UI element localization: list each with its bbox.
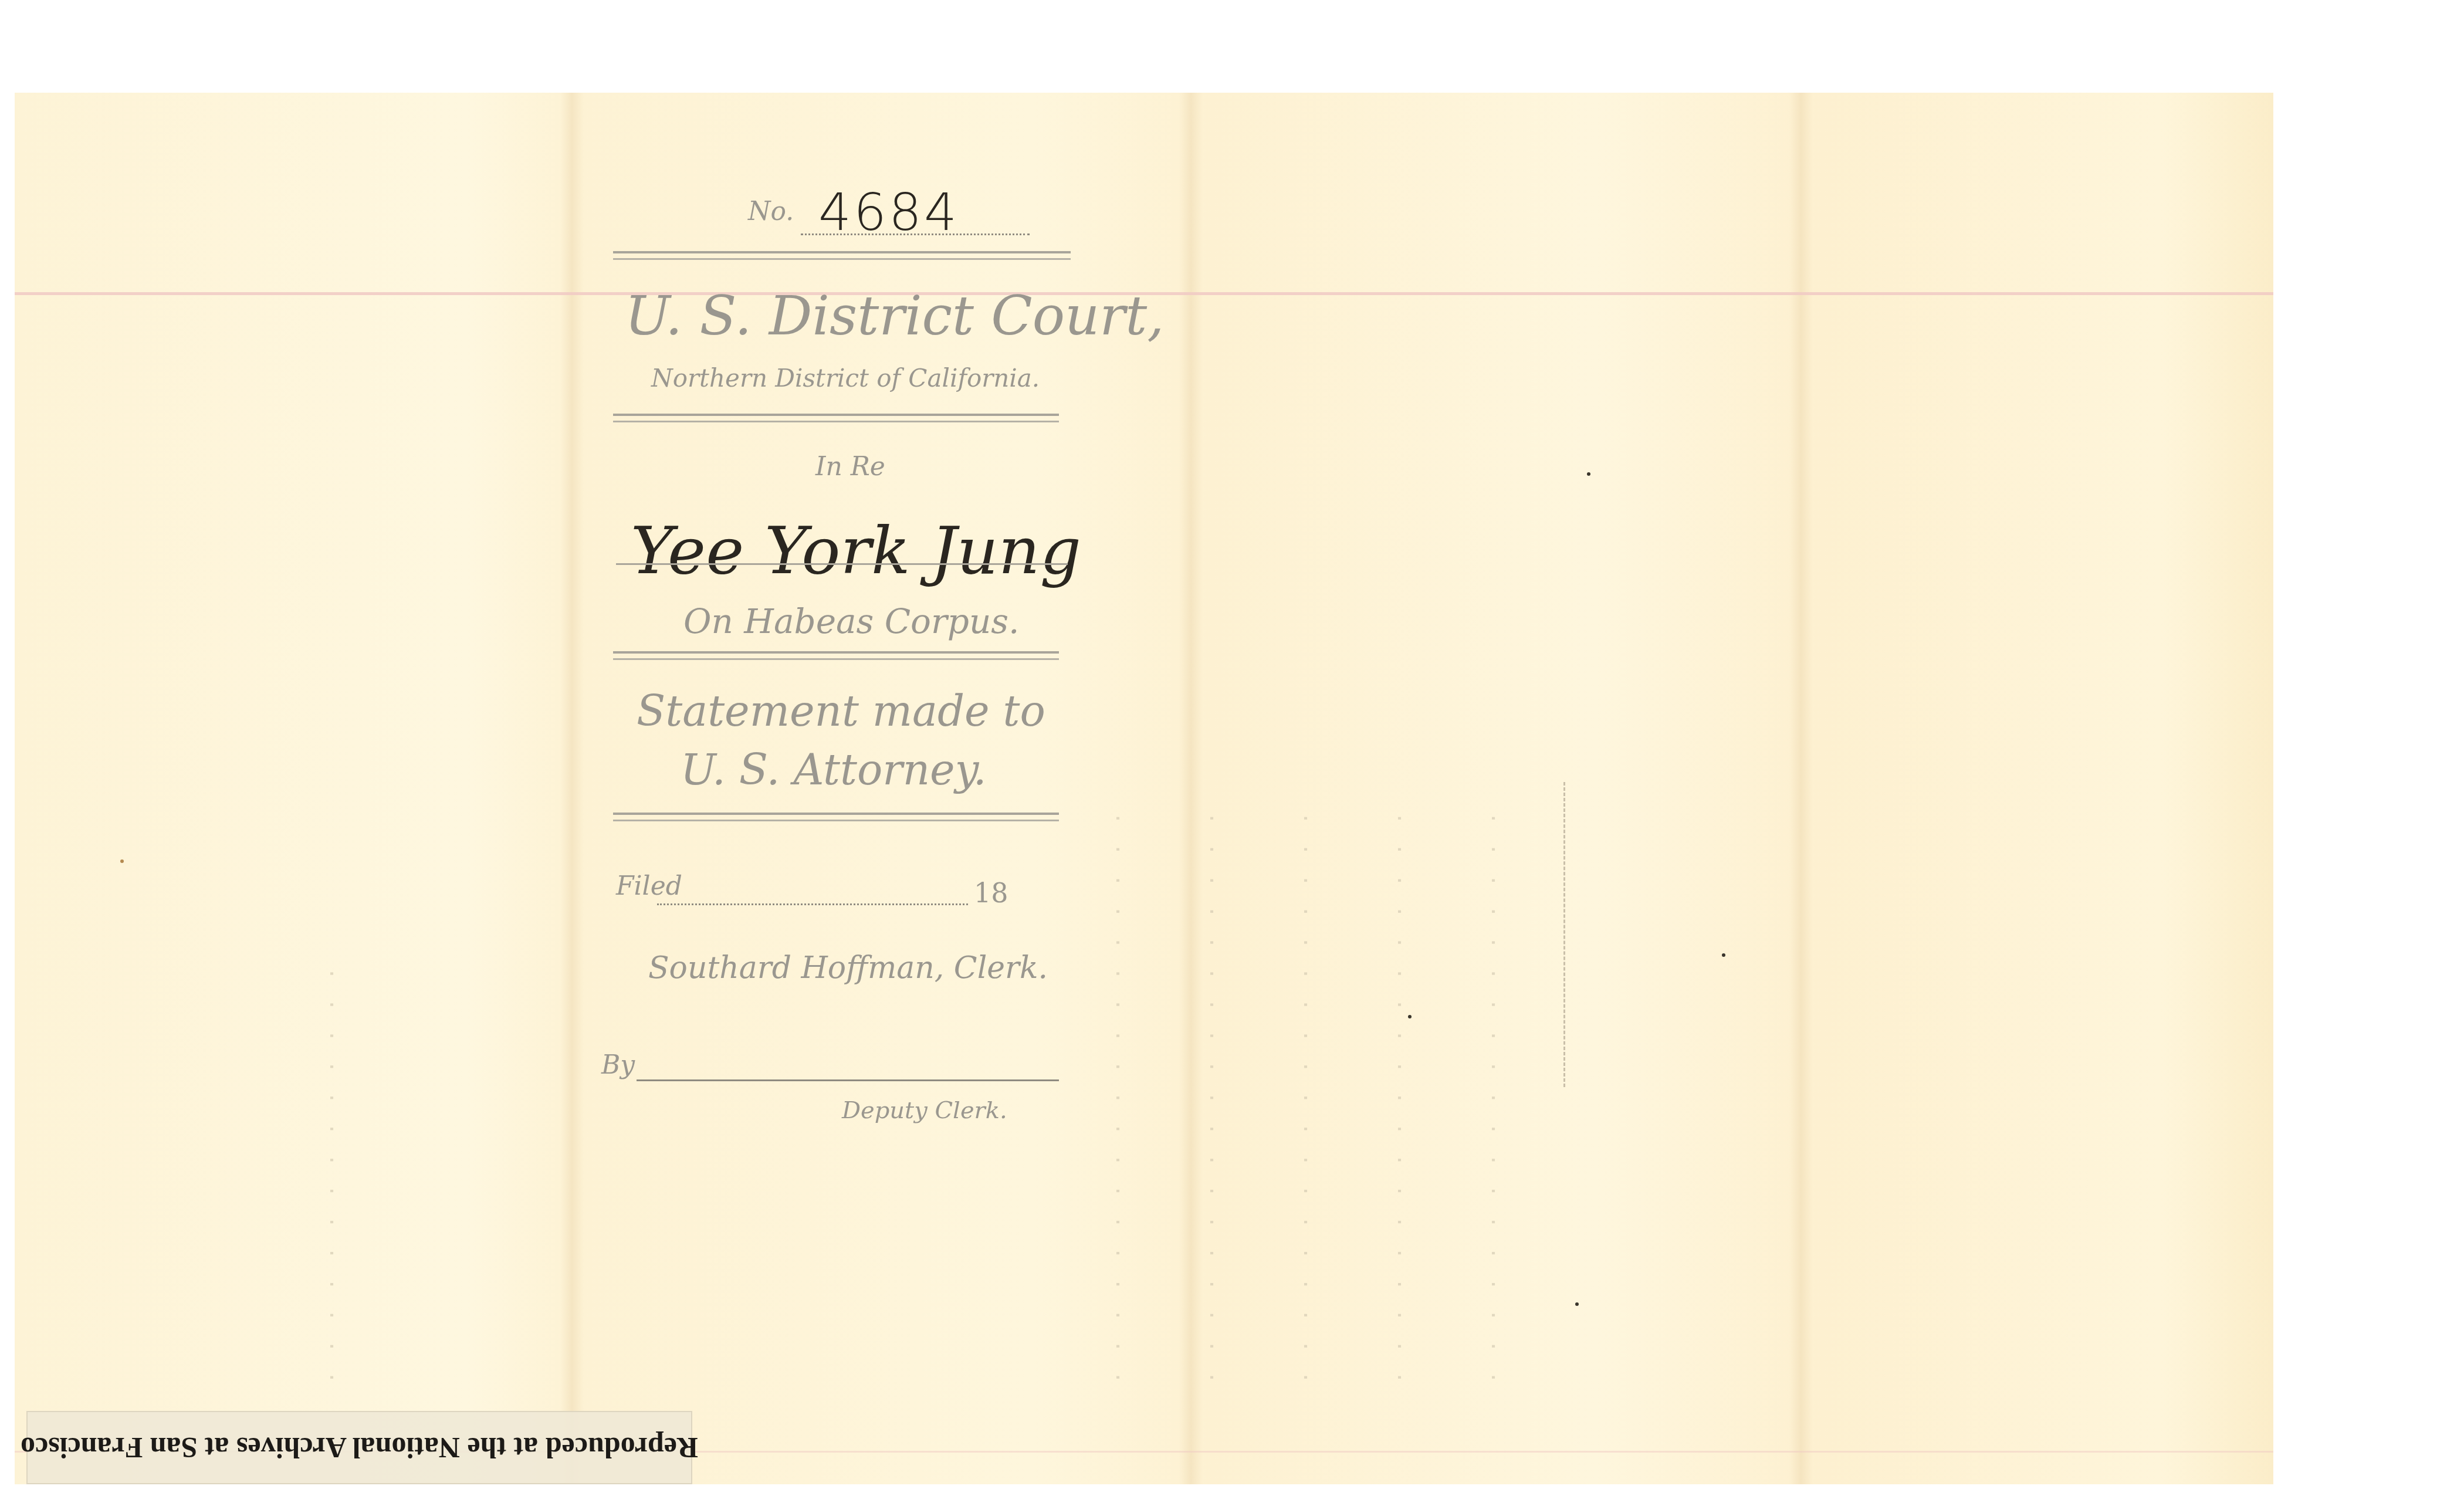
deputy-clerk-label: Deputy Clerk. — [842, 1097, 1007, 1124]
case-number: 4684 — [818, 182, 959, 242]
clerk-name: Southard Hoffman, Clerk. — [648, 950, 1048, 986]
document-title-line1: Statement made to — [637, 686, 1045, 736]
fold-line — [1789, 93, 1813, 1484]
bleed-through-texture: · · · · · · · · · · · · · · · · · · · — [1294, 503, 1317, 1383]
proceeding-type: On Habeas Corpus. — [683, 601, 1019, 641]
filed-date-line[interactable] — [657, 903, 968, 905]
divider-rule — [613, 813, 1059, 815]
bleed-through-texture: · · · · · · · · · · · · · · — [320, 855, 343, 1383]
in-re-label: In Re — [815, 452, 885, 482]
bleed-through-texture: · · · · · · · · · · · · · · · · · · · — [1106, 503, 1129, 1383]
bleed-through-texture: · · · · · · · · · · · · · · · · · · · — [1200, 503, 1223, 1383]
fold-line — [560, 93, 584, 1484]
archive-stamp-text: Reproduced at the National Archives at S… — [21, 1431, 698, 1465]
by-label: By — [601, 1050, 635, 1080]
bleed-through-texture: · · · · · · · · · · · · · · · · · · · — [1387, 503, 1411, 1383]
ink-speck — [1408, 1015, 1412, 1018]
divider-rule — [613, 414, 1059, 416]
filed-year-prefix: 18 — [974, 877, 1008, 909]
filed-label: Filed — [616, 871, 682, 901]
case-number-label: No. — [748, 197, 794, 226]
district-name: Northern District of California. — [651, 364, 1040, 392]
ink-speck — [120, 859, 124, 863]
archive-stamp: Reproduced at the National Archives at S… — [26, 1411, 692, 1484]
divider-rule — [613, 651, 1059, 654]
fold-line — [1179, 93, 1203, 1484]
divider-rule — [613, 251, 1071, 253]
petitioner-name: Yee York Jung — [631, 513, 1081, 588]
deputy-signature-line[interactable] — [637, 1079, 1059, 1081]
bleed-through-texture: · · · · · · · · · · · · · · · · · · · — [1481, 503, 1505, 1383]
court-title: U. S. District Court, — [625, 285, 1165, 347]
document-title-line2: U. S. Attorney. — [681, 745, 987, 794]
ink-speck — [1575, 1302, 1579, 1306]
ink-speck — [1722, 953, 1725, 957]
name-line — [616, 563, 1068, 565]
ink-speck — [1587, 472, 1590, 476]
dashed-mark — [1563, 782, 1565, 1087]
